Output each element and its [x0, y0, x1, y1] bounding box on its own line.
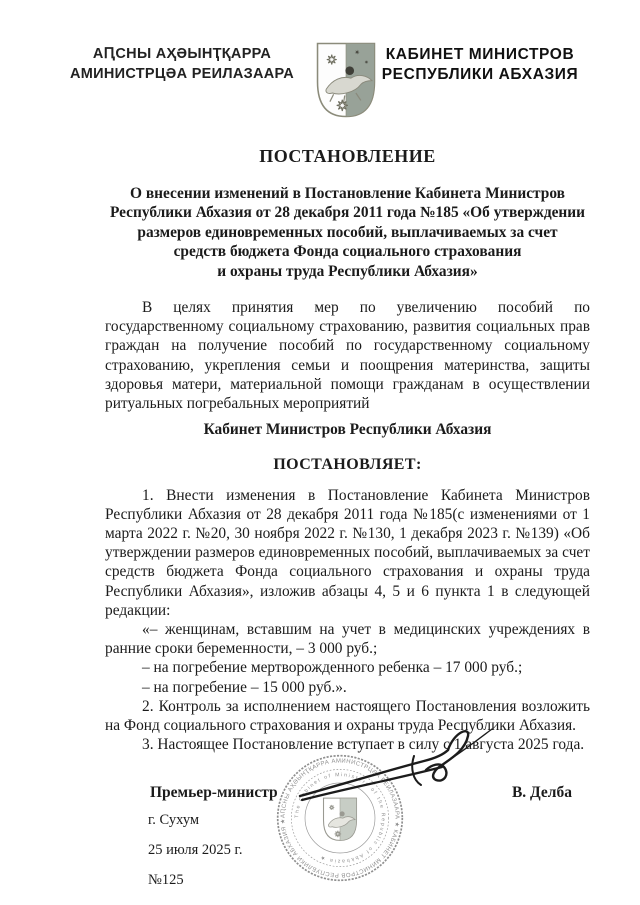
enacting-formula: ПОСТАНОВЛЯЕТ:: [105, 455, 590, 474]
paragraph-quote-3: – на погребение – 15 000 руб.».: [105, 678, 590, 697]
signer-title: Премьер-министр: [150, 784, 278, 802]
doc-title: ПОСТАНОВЛЕНИЕ: [105, 146, 590, 167]
paragraph-quote-1: «– женщинам, вставшим на учет в медицинс…: [105, 620, 590, 658]
letterhead: АԤСНЫ АҲӘЫНҬҚАРРА АМИНИСТРЦӘА РЕИЛАЗААРА…: [0, 0, 640, 135]
issuing-body: Кабинет Министров Республики Абхазия: [105, 420, 590, 439]
doc-subject-line: и охраны труда Республики Абхазия»: [105, 262, 590, 281]
preamble: В целях принятия мер по увеличению пособ…: [105, 298, 590, 413]
doc-subject-line: средств бюджета Фонда социального страхо…: [105, 242, 590, 261]
doc-subject-line: размеров единовременных пособий, выплачи…: [105, 223, 590, 242]
issue-place: г. Сухум: [148, 812, 242, 829]
issue-date: 25 июля 2025 г.: [148, 842, 242, 859]
org-name-abkhaz-line2: АМИНИСТРЦӘА РЕИЛАЗААРА: [42, 64, 322, 84]
issue-details: г. Сухум 25 июля 2025 г. №125: [148, 812, 242, 902]
handwritten-signature-icon: [296, 724, 496, 814]
doc-subject-line: О внесении изменений в Постановление Каб…: [105, 184, 590, 203]
coat-of-arms-icon: [315, 41, 377, 124]
paragraph-quote-2: – на погребение мертворожденного ребенка…: [105, 658, 590, 677]
org-name-abkhaz-line1: АԤСНЫ АҲӘЫНҬҚАРРА: [42, 44, 322, 64]
signer-name: В. Делба: [512, 784, 572, 802]
org-name-russian-line2: РЕСПУБЛИКИ АБХАЗИЯ: [378, 65, 582, 85]
decree-page: АԤСНЫ АҲӘЫНҬҚАРРА АМИНИСТРЦӘА РЕИЛАЗААРА…: [0, 0, 640, 905]
paragraph-1: 1. Внести изменения в Постановление Каби…: [105, 486, 590, 620]
doc-subject: О внесении изменений в Постановление Каб…: [105, 184, 590, 281]
org-name-russian-line1: КАБИНЕТ МИНИСТРОВ: [378, 45, 582, 65]
doc-subject-line: Республики Абхазия от 28 декабря 2011 го…: [105, 203, 590, 222]
doc-number: №125: [148, 872, 242, 889]
org-name-russian: КАБИНЕТ МИНИСТРОВ РЕСПУБЛИКИ АБХАЗИЯ: [378, 45, 582, 85]
org-name-abkhaz: АԤСНЫ АҲӘЫНҬҚАРРА АМИНИСТРЦӘА РЕИЛАЗААРА: [42, 44, 322, 84]
